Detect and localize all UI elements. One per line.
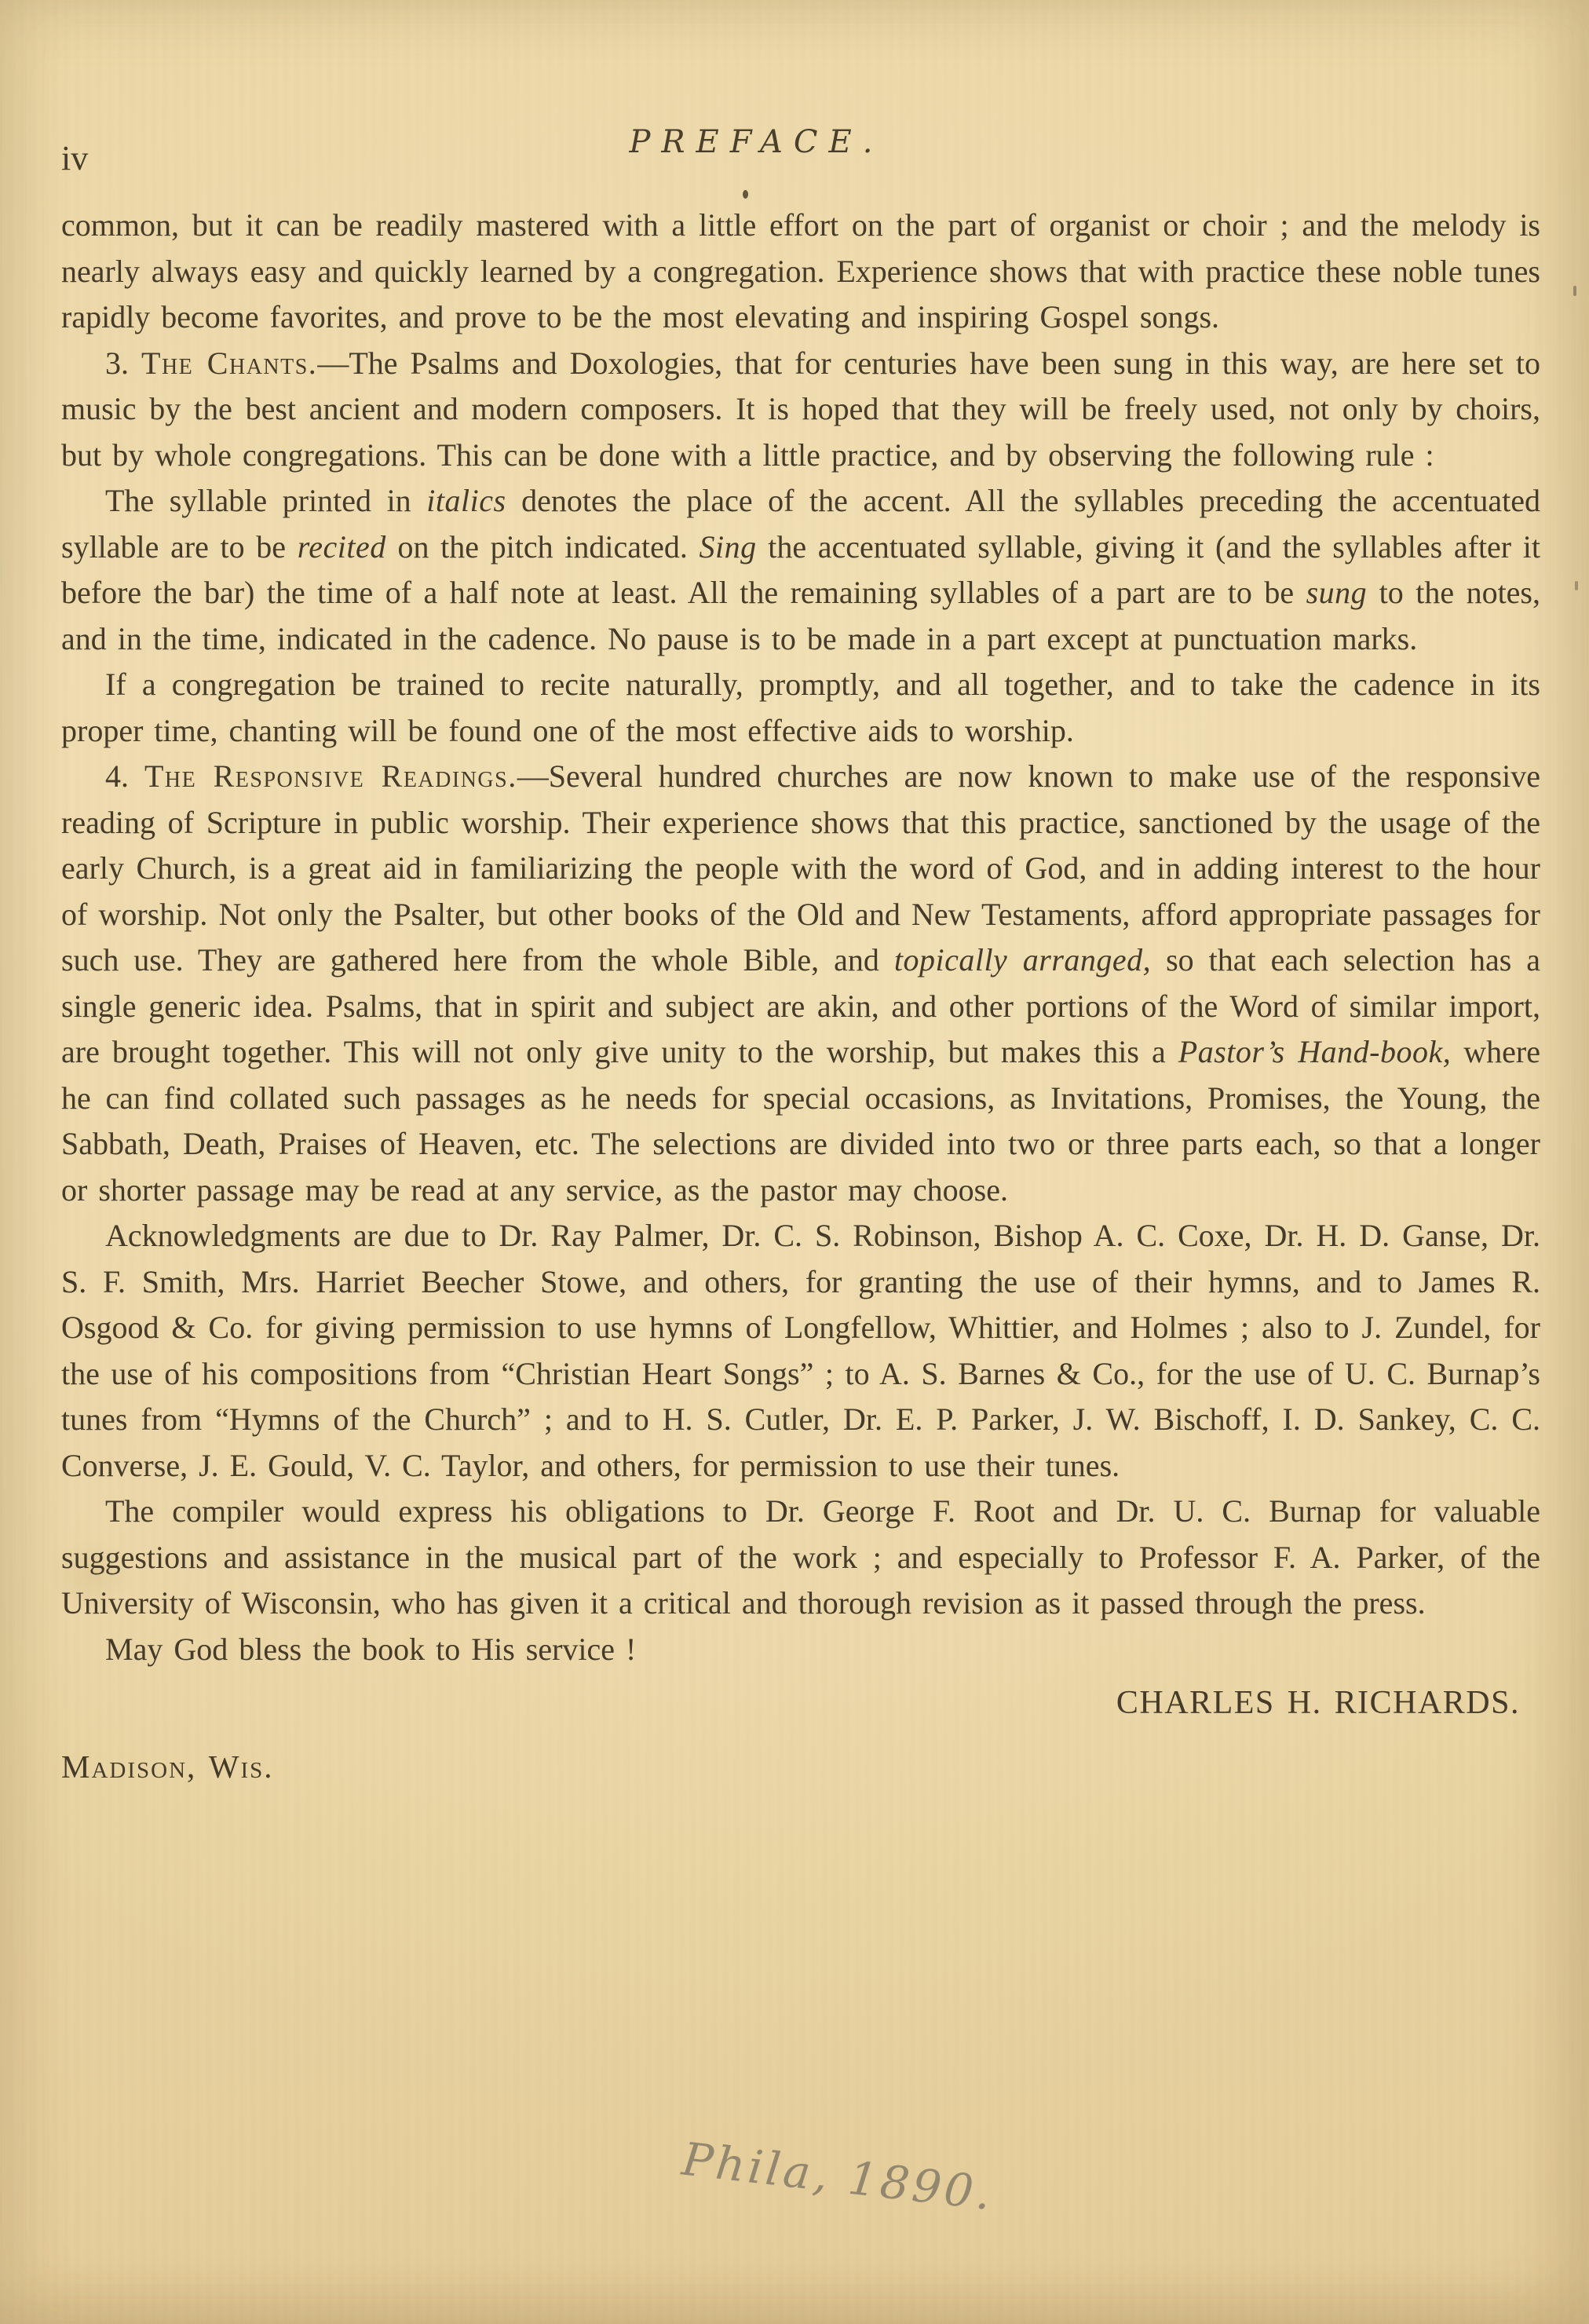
text-segment: 4. [105, 758, 144, 794]
text-segment: The syllable printed in [105, 483, 426, 518]
text-segment: common, but it can be readily mastered w… [61, 207, 1540, 334]
paragraph: May God bless the book to His service ! [61, 1627, 1540, 1673]
paragraph: The syllable printed in italics denotes … [61, 478, 1540, 662]
page-title: PREFACE. [630, 124, 884, 160]
paragraph: common, but it can be readily mastered w… [61, 203, 1540, 341]
text-segment: italics [426, 483, 506, 518]
text-segment: recited [298, 529, 386, 565]
page-header: iv PREFACE. [61, 124, 1540, 179]
ink-speck [743, 190, 748, 199]
text-segment: Acknowledgments are due to Dr. Ray Palme… [61, 1218, 1540, 1483]
text-segment: 3. [105, 345, 141, 381]
text-segment: May God bless the book to His service ! [105, 1632, 636, 1667]
text-segment: If a congregation be trained to recite n… [61, 667, 1540, 748]
text-segment: on the pitch indicated. [386, 529, 700, 565]
text-segment: The compiler would express his obligatio… [61, 1493, 1540, 1621]
paragraph: 4. The Responsive Readings.—Several hund… [61, 754, 1540, 1213]
paragraph: The compiler would express his obligatio… [61, 1489, 1540, 1627]
text-segment: Pastor’s Hand-book, [1178, 1034, 1451, 1069]
paragraph: Acknowledgments are due to Dr. Ray Palme… [61, 1213, 1540, 1489]
paragraph: 3. The Chants.—The Psalms and Doxologies… [61, 341, 1540, 479]
book-page-scan: iv PREFACE. common, but it can be readil… [0, 0, 1589, 2324]
page-number: iv [61, 138, 88, 178]
text-segment: sung [1306, 575, 1368, 610]
text-segment: The Chants. [141, 345, 317, 381]
ink-speck [1573, 286, 1576, 296]
ink-speck [1575, 581, 1578, 590]
place-line: Madison, Wis. [61, 1744, 1540, 1790]
handwritten-note: Phila, 1890. [679, 2132, 996, 2221]
text-segment: Sing [700, 529, 757, 565]
signature: CHARLES H. RICHARDS. [61, 1680, 1540, 1727]
paragraph: If a congregation be trained to recite n… [61, 662, 1540, 754]
text-segment: topically arranged, [894, 942, 1151, 977]
preface-body: common, but it can be readily mastered w… [61, 203, 1540, 1789]
text-segment: The Responsive Readings. [144, 758, 517, 794]
